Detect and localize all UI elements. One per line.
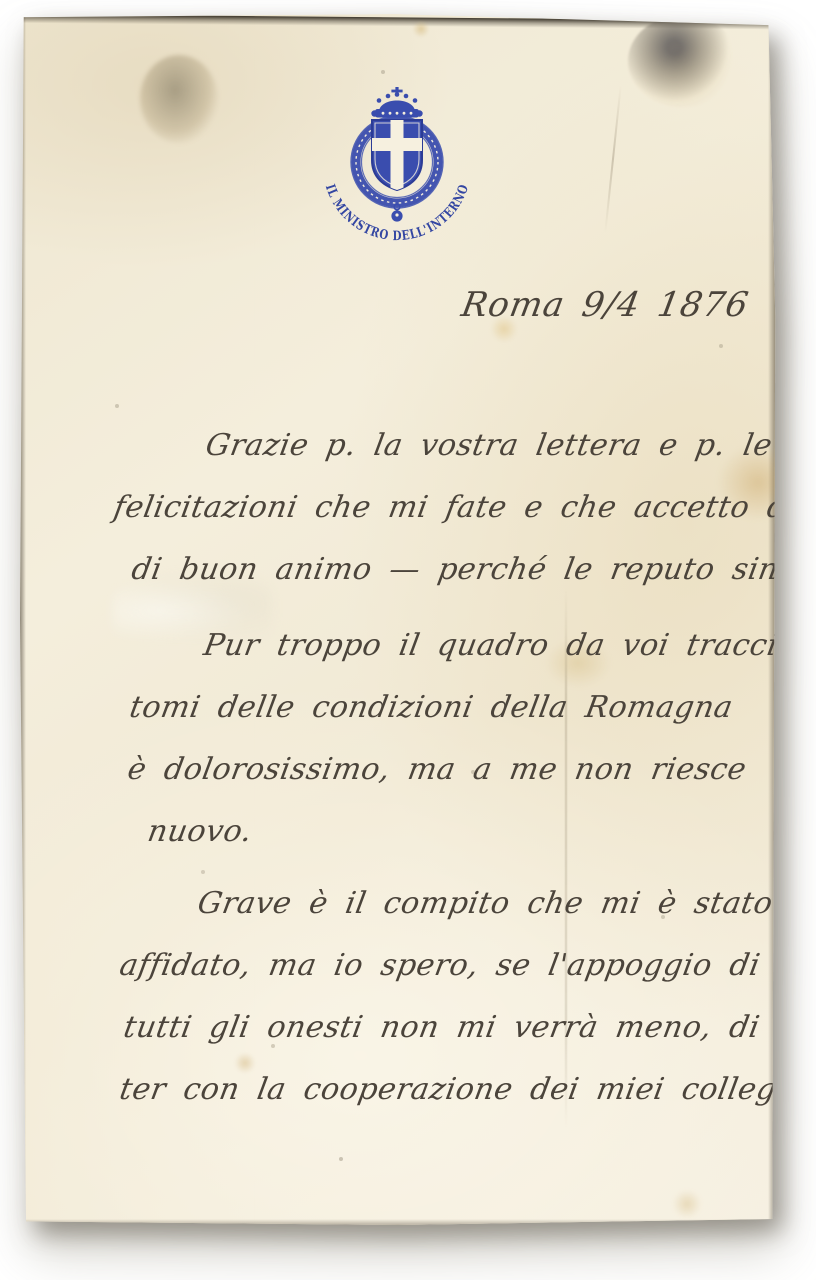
scan-background: IL MINISTRO DELL'INTERNO Roma 9/4 1876 G… (0, 0, 816, 1280)
stain-top-right (628, 15, 738, 107)
letter-line: ter con la cooperazione dei miei collegh… (115, 1059, 776, 1121)
page-edge-top (20, 14, 776, 30)
stain-top-left (140, 55, 218, 143)
letter-line: felicitazioni che mi fate e che accetto … (109, 477, 776, 539)
page-edge-bottom (20, 1219, 776, 1225)
letter-body: Grazie p. la vostra lettera e p. le feli… (118, 415, 776, 1121)
letter-line: nuovo. (143, 801, 776, 863)
letter-line: è dolorosissimo, ma a me non riesce (123, 739, 776, 801)
paper-scratch (604, 85, 621, 232)
letter-line: di buon animo — perché le reputo sincere… (127, 539, 776, 601)
letter-line: affidato, ma io spero, se l'appoggio di (115, 935, 776, 997)
savoy-shield (372, 120, 422, 190)
letter-line: tomi delle condizioni della Romagna (125, 677, 776, 739)
foxing-spot (672, 1191, 702, 1217)
letter-line: Grazie p. la vostra lettera e p. le (201, 415, 776, 477)
letter-line: Grave è il compito che mi è stato (193, 873, 776, 935)
paper-specks (20, 13, 22, 15)
foxing-spot (412, 21, 430, 37)
page-edge-left (20, 13, 26, 1225)
letter-page: IL MINISTRO DELL'INTERNO Roma 9/4 1876 G… (20, 13, 776, 1225)
letter-line: Pur troppo il quadro da voi traccia= (199, 615, 776, 677)
letter-page-wrap: IL MINISTRO DELL'INTERNO Roma 9/4 1876 G… (0, 0, 816, 1280)
date-line: Roma 9/4 1876 (458, 285, 752, 325)
letter-line: tutti gli onesti non mi verrà meno, di p… (119, 997, 776, 1059)
ministry-crest: IL MINISTRO DELL'INTERNO (322, 86, 472, 258)
crest-crown (371, 87, 422, 118)
